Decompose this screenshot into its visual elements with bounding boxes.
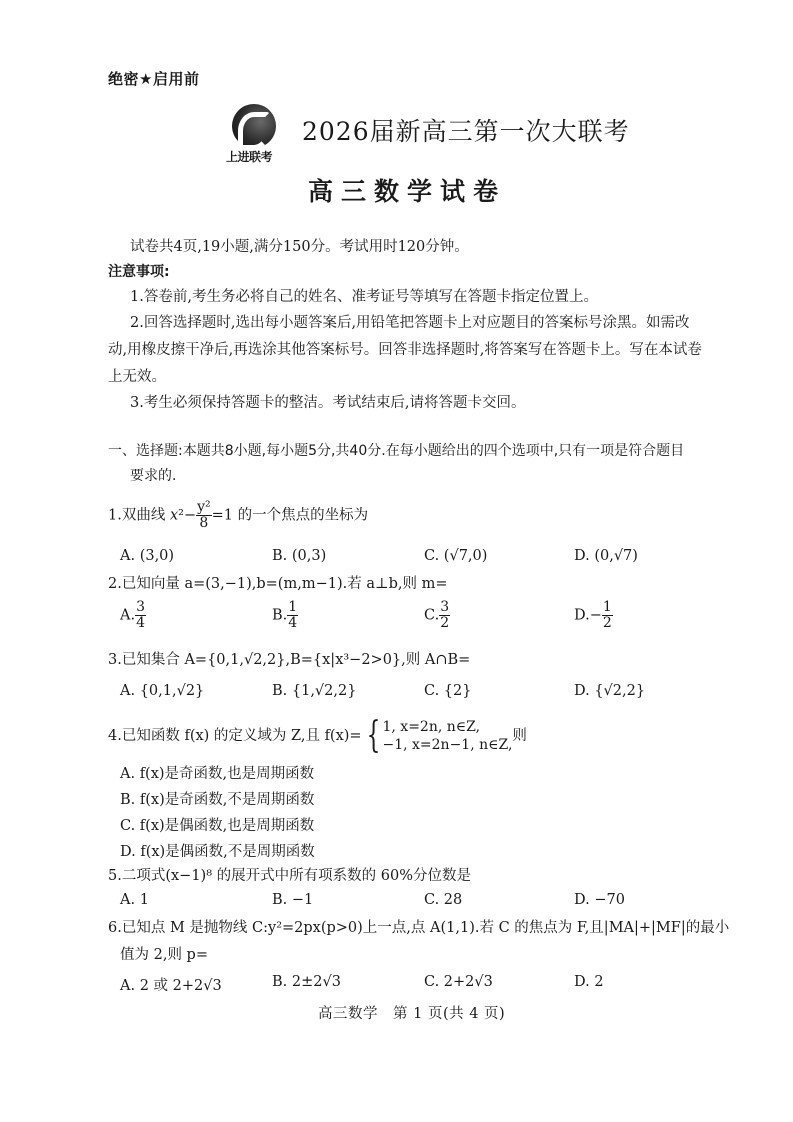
question-2: 2.已知向量 a=(3,−1),b=(m,m−1).若 a⊥b,则 m= [108, 574, 448, 594]
piecewise-cases: 1, x=2n, n∈Z,−1, x=2n−1, n∈Z, [382, 718, 512, 754]
q1-option-c[interactable]: C. (√7,0) [424, 548, 487, 564]
note-2-cont: 动,用橡皮擦干净后,再选涂其他答案标号。回答非选择题时,将答案写在答题卡上。写在… [108, 340, 702, 360]
note-2: 2.回答选择题时,选出每小题答案后,用铅笔把答题卡上对应题目的答案标号涂黑。如需… [130, 313, 690, 333]
exam-logo: 上进联考 [222, 104, 298, 166]
page-footer: 高三数学 第 1 页(共 4 页) [318, 1002, 505, 1023]
question-6-cont: 值为 2,则 p= [120, 945, 208, 965]
logo-icon [232, 104, 276, 148]
q1-option-b[interactable]: B. (0,3) [272, 548, 326, 564]
logo-text: 上进联考 [226, 148, 272, 165]
q5-option-b[interactable]: B. −1 [272, 892, 313, 908]
q6-option-d[interactable]: D. 2 [574, 974, 604, 990]
q6-option-c[interactable]: C. 2+2√3 [424, 974, 493, 990]
question-5: 5.二项式(x−1)⁸ 的展开式中所有项系数的 60%分位数是 [108, 866, 471, 886]
q2-option-b[interactable]: B.14 [272, 600, 298, 631]
q5-option-a[interactable]: A. 1 [120, 892, 149, 908]
q3-option-c[interactable]: C. {2} [424, 683, 471, 699]
q6-option-b[interactable]: B. 2±2√3 [272, 974, 341, 990]
section-heading: 一、选择题:本题共8小题,每小题5分,共40分.在每小题给出的四个选项中,只有一… [108, 441, 684, 461]
q1-option-d[interactable]: D. (0,√7) [574, 548, 638, 564]
q3-option-d[interactable]: D. {√2,2} [574, 683, 645, 699]
note-2-end: 上无效。 [108, 367, 166, 387]
q1-option-a[interactable]: A. (3,0) [120, 548, 174, 564]
q3-option-b[interactable]: B. {1,√2,2} [272, 683, 356, 699]
paper-title: 高三数学试卷 [308, 172, 506, 208]
question-6: 6.已知点 M 是抛物线 C:y²=2px(p>0)上一点,点 A(1,1).若… [108, 918, 729, 938]
q5-option-c[interactable]: C. 28 [424, 892, 462, 908]
question-4: 4.已知函数 f(x) 的定义域为 Z,且 f(x)={1, x=2n, n∈Z… [108, 718, 527, 754]
q2-option-c[interactable]: C.32 [424, 600, 450, 631]
q5-option-d[interactable]: D. −70 [574, 892, 625, 908]
q6-option-a[interactable]: A. 2 或 2+2√3 [120, 974, 222, 995]
q4-option-b[interactable]: B. f(x)是奇函数,不是周期函数 [120, 788, 314, 809]
brace-symbol: { [366, 718, 380, 754]
q4-option-c[interactable]: C. f(x)是偶函数,也是周期函数 [120, 814, 314, 835]
notes-heading: 注意事项: [108, 262, 170, 282]
q3-option-a[interactable]: A. {0,1,√2} [120, 683, 204, 699]
fraction: y²8 [196, 500, 212, 531]
section-heading-cont: 要求的. [130, 466, 176, 486]
q2-option-a[interactable]: A.34 [120, 600, 146, 631]
note-1: 1.答卷前,考生务必将自己的姓名、准考证号等填写在答题卡指定位置上。 [130, 287, 598, 307]
confidentiality-label: 绝密★启用前 [108, 68, 199, 89]
q4-option-a[interactable]: A. f(x)是奇函数,也是周期函数 [120, 762, 314, 783]
exam-title: 2026届新高三第一次大联考 [302, 112, 630, 148]
q2-option-d[interactable]: D.−12 [574, 600, 613, 631]
question-1: 1.双曲线 x²−y²8=1 的一个焦点的坐标为 [108, 500, 368, 531]
exam-summary: 试卷共4页,19小题,满分150分。考试用时120分钟。 [130, 237, 469, 257]
question-3: 3.已知集合 A={0,1,√2,2},B={x|x³−2>0},则 A∩B= [108, 650, 470, 670]
note-3: 3.考生必须保持答题卡的整洁。考试结束后,请将答题卡交回。 [130, 393, 525, 413]
q4-option-d[interactable]: D. f(x)是偶函数,不是周期函数 [120, 840, 315, 861]
